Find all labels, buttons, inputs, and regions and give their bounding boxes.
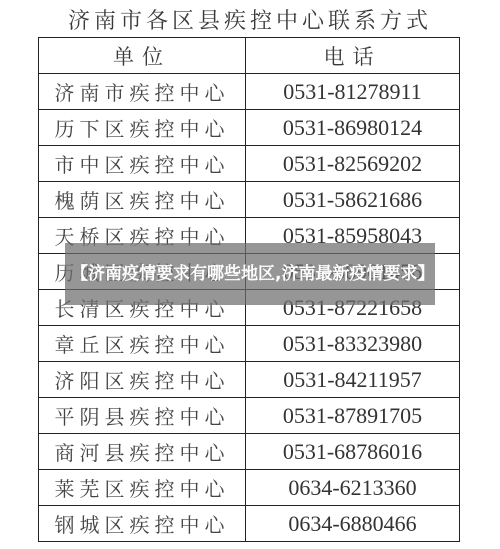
table-row: 平阴县疾控中心0531-87891705 xyxy=(39,398,460,434)
table-row: 商河县疾控中心0531-68786016 xyxy=(39,434,460,470)
caption-overlay: 【济南疫情要求有哪些地区,济南最新疫情要求】 xyxy=(65,243,435,305)
table-row: 莱芜区疾控中心0634-6213360 xyxy=(39,470,460,506)
phone-cell: 0531-84211957 xyxy=(246,362,460,398)
phone-cell: 0531-86980124 xyxy=(246,110,460,146)
caption-text: 【济南疫情要求有哪些地区,济南最新疫情要求】 xyxy=(65,264,435,285)
unit-cell: 钢城区疾控中心 xyxy=(39,506,246,542)
unit-cell: 莱芜区疾控中心 xyxy=(39,470,246,506)
phone-cell: 0531-58621686 xyxy=(246,182,460,218)
table-row: 槐荫区疾控中心0531-58621686 xyxy=(39,182,460,218)
unit-cell: 济阳区疾控中心 xyxy=(39,362,246,398)
unit-cell: 商河县疾控中心 xyxy=(39,434,246,470)
table-row: 历下区疾控中心0531-86980124 xyxy=(39,110,460,146)
phone-cell: 0531-83323980 xyxy=(246,326,460,362)
table-row: 济阳区疾控中心0531-84211957 xyxy=(39,362,460,398)
phone-cell: 0531-81278911 xyxy=(246,74,460,110)
phone-cell: 0531-68786016 xyxy=(246,434,460,470)
unit-cell: 平阴县疾控中心 xyxy=(39,398,246,434)
header-phone: 电话 xyxy=(246,38,460,74)
table-row: 济南市疾控中心0531-81278911 xyxy=(39,74,460,110)
table-row: 市中区疾控中心0531-82569202 xyxy=(39,146,460,182)
phone-cell: 0634-6880466 xyxy=(246,506,460,542)
table-row: 钢城区疾控中心0634-6880466 xyxy=(39,506,460,542)
phone-cell: 0634-6213360 xyxy=(246,470,460,506)
header-unit: 单位 xyxy=(39,38,246,74)
page-title: 济南市各区县疾控中心联系方式 xyxy=(0,4,500,35)
phone-cell: 0531-87891705 xyxy=(246,398,460,434)
table-row: 章丘区疾控中心0531-83323980 xyxy=(39,326,460,362)
unit-cell: 槐荫区疾控中心 xyxy=(39,182,246,218)
unit-cell: 章丘区疾控中心 xyxy=(39,326,246,362)
unit-cell: 市中区疾控中心 xyxy=(39,146,246,182)
phone-cell: 0531-82569202 xyxy=(246,146,460,182)
table-header-row: 单位 电话 xyxy=(39,38,460,74)
unit-cell: 济南市疾控中心 xyxy=(39,74,246,110)
unit-cell: 历下区疾控中心 xyxy=(39,110,246,146)
